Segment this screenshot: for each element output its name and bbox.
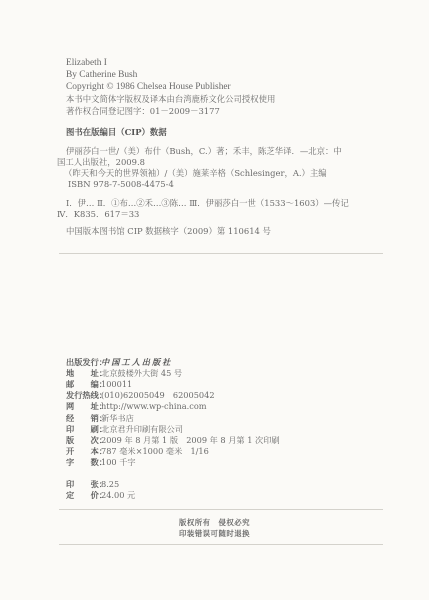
row-key: 出版发行： <box>66 357 101 368</box>
publication-row: 定 价：24.00 元 <box>66 490 135 501</box>
publication-row: 出版发行：中国工人出版社 <box>66 357 172 368</box>
row-key: 印 张： <box>66 479 101 490</box>
row-key: 开 本： <box>66 446 101 457</box>
publication-row: 地 址：北京鼓楼外大街 45 号 <box>66 368 182 379</box>
publication-row: 邮 编：100011 <box>66 379 132 390</box>
publisher-name: 中国工人出版社 <box>101 357 172 367</box>
cip-record-number: 中国版本图书馆 CIP 数据核字（2009）第 110614 号 <box>66 226 271 237</box>
publication-row: 开 本：787 毫米×1000 毫米 1/16 <box>66 446 209 457</box>
row-value: (010)62005049 62005042 <box>101 390 215 400</box>
cip-line-1: 伊丽莎白一世/（美）布什（Bush，C.）著；禾丰，陈芝华译．—北京：中 <box>66 146 342 157</box>
publication-row: 印 张：8.25 <box>66 479 119 490</box>
row-value: 8.25 <box>101 479 119 489</box>
divider-rule <box>59 544 383 545</box>
row-key: 印 刷： <box>66 424 101 435</box>
row-key: 定 价： <box>66 490 101 501</box>
english-title: Elizabeth I <box>66 58 107 69</box>
divider-rule <box>59 509 383 510</box>
publication-row: 版 次：2009 年 8 月第 1 版 2009 年 8 月第 1 次印刷 <box>66 435 280 446</box>
row-key: 字 数： <box>66 457 101 468</box>
cip-subject-1: Ⅰ．伊… Ⅱ．①布…②禾…③陈… Ⅲ．伊丽莎白一世（1533～1603）—传记 <box>66 198 349 209</box>
publication-row: 印 刷：北京君升印刷有限公司 <box>66 424 183 435</box>
cip-heading: 图书在版编目（CIP）数据 <box>66 127 167 138</box>
row-value: 北京鼓楼外大街 45 号 <box>101 368 182 378</box>
cip-line-2: 国工人出版社，2009.8 <box>57 157 145 168</box>
row-value: 新华书店 <box>101 413 134 423</box>
copyright-page: Elizabeth I By Catherine Bush Copyright … <box>0 0 429 600</box>
row-value: 24.00 元 <box>101 490 135 500</box>
replacement-notice: 印装错误可随时退换 <box>0 529 429 539</box>
rights-notice: 版权所有 侵权必究 <box>0 518 429 528</box>
publication-row: 经 销：新华书店 <box>66 413 134 424</box>
row-value: 787 毫米×1000 毫米 1/16 <box>101 446 209 456</box>
row-key: 邮 编： <box>66 379 101 390</box>
row-key: 经 销： <box>66 413 101 424</box>
row-key: 地 址： <box>66 368 101 379</box>
cip-line-3: （昨天和今天的世界领袖）/（美）施莱辛格（Schlesinger，A.）主编 <box>64 168 327 179</box>
publication-row: 网 址：http://www.wp-china.com <box>66 401 207 412</box>
cip-subject-2: Ⅳ．K835．617＝33 <box>57 209 139 220</box>
row-value: http://www.wp-china.com <box>101 401 207 411</box>
publication-row: 字 数：100 千字 <box>66 457 136 468</box>
cip-isbn: ISBN 978-7-5008-4475-4 <box>68 179 174 190</box>
registration-number: 著作权合同登记图字：01－2009－3177 <box>66 106 220 117</box>
divider-rule <box>59 253 383 254</box>
publication-row: 发行热线：(010)62005049 62005042 <box>66 390 215 401</box>
row-key: 版 次： <box>66 435 101 446</box>
row-value: 2009 年 8 月第 1 版 2009 年 8 月第 1 次印刷 <box>101 435 280 445</box>
row-value: 北京君升印刷有限公司 <box>101 424 183 434</box>
english-author: By Catherine Bush <box>66 70 137 81</box>
license-statement: 本书中文简体字版权及译本由台湾鹿桥文化公司授权使用 <box>66 94 275 105</box>
row-key: 发行热线： <box>66 390 101 401</box>
row-value: 100011 <box>101 379 132 389</box>
row-value: 100 千字 <box>101 457 136 467</box>
row-key: 网 址： <box>66 401 101 412</box>
english-copyright: Copyright © 1986 Chelsea House Publisher <box>66 82 231 93</box>
